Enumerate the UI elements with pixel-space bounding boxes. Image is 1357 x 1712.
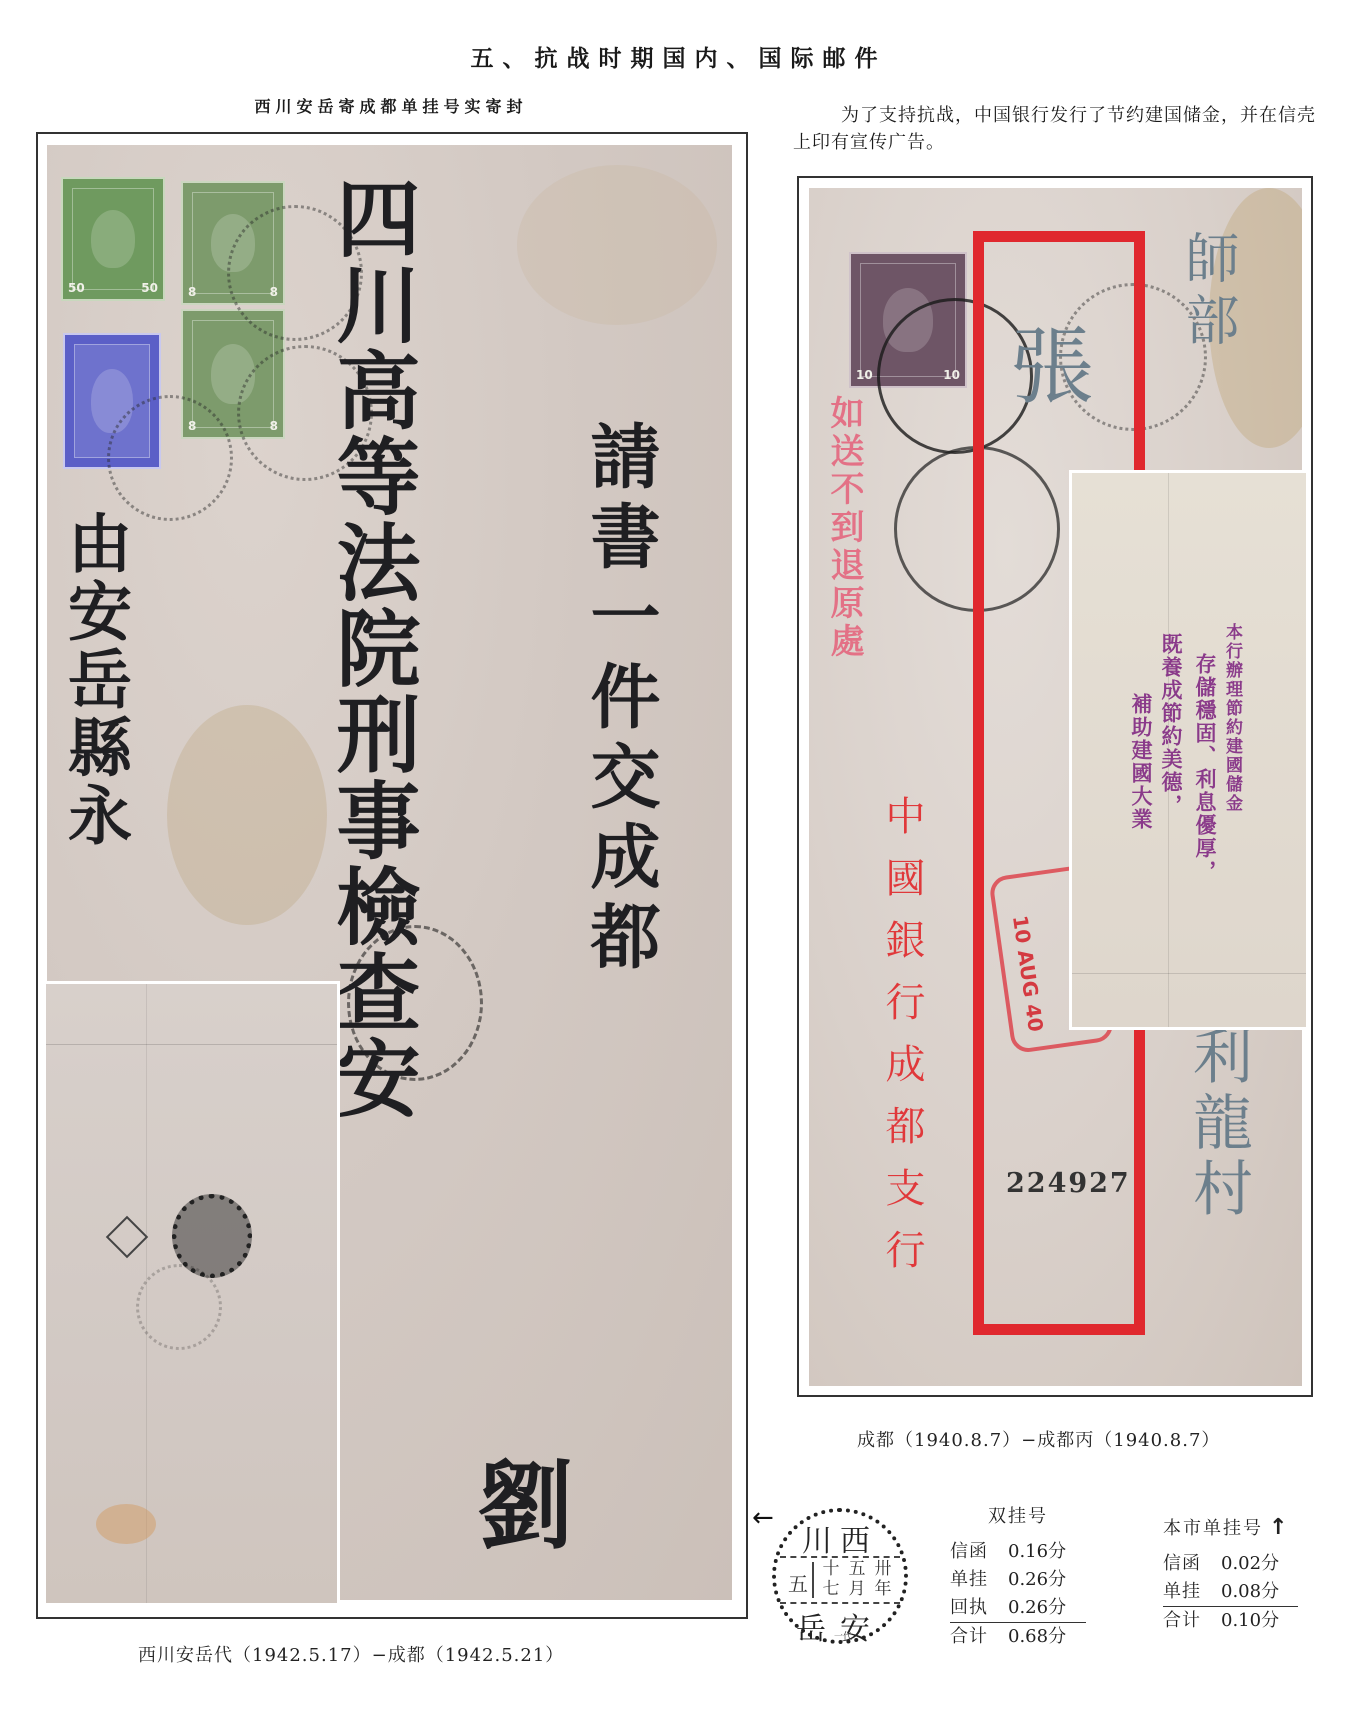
bank-imprint: 中國銀行成都支行 [874, 795, 931, 1291]
rate-table-double-registered: 双挂号 信函0.16分 单挂0.26分 回执0.26分 合计0.68分 [950, 1502, 1086, 1651]
back-text-line-3: 既養成節約美德， [1156, 633, 1186, 817]
left-exhibit-caption: 西川安岳代（1942.5.17）−成都（1942.5.21） [138, 1641, 564, 1667]
pen-text-bottom: 利龍村 [1175, 1025, 1261, 1223]
right-exhibit-intro: 为了支持抗战，中国银行发行了节约建国储金，并在信壳上印有宣传广告。 [793, 102, 1333, 156]
serial-number: 224927 [1006, 1168, 1131, 1199]
cancel-diagram-top: 川西 [776, 1516, 904, 1560]
rate-row: 单挂0.26分 [950, 1566, 1086, 1594]
rate-row: 信函0.16分 [950, 1538, 1086, 1566]
registration-mark [106, 1216, 148, 1258]
cancel-diagram-sub: 一代 [834, 1629, 852, 1642]
recipient-name: 張 [1010, 300, 1094, 421]
postmark [107, 395, 233, 521]
rate-row: 单挂0.08分 [1163, 1578, 1298, 1607]
stamp-50-green: 50 50 [61, 177, 165, 301]
left-exhibit-heading: 西川安岳寄成都单挂号实寄封 [36, 94, 746, 117]
left-envelope-back-inset [43, 981, 340, 1606]
rate-table-title: 双挂号 [950, 1502, 1086, 1528]
cancel-diagram-day: 五 [788, 1568, 808, 1597]
rate-total: 合计0.68分 [950, 1623, 1086, 1651]
forward-note: 如送不到退原處 [820, 395, 869, 661]
sender-text: 由安岳縣永 [62, 510, 126, 850]
back-text-line-2: 存儲穩固、利息優厚， [1190, 653, 1220, 883]
back-text-line-4: 補助建國大業 [1126, 693, 1156, 831]
faint-postmark [136, 1264, 222, 1350]
cancel-diagram-date: 十 五 卅 七 月 年 [818, 1559, 896, 1599]
paper-stain [517, 165, 717, 325]
address-right-text: 請書一件交成都 [585, 420, 655, 980]
arrow-up-icon: ↑ [1269, 1515, 1289, 1540]
pen-text-top: 師部 [1170, 230, 1247, 354]
arrow-left-icon: ← [752, 1503, 774, 1533]
address-main-text: 四川高等法院刑事檢查安 [330, 175, 414, 1121]
right-envelope-back-inset: 本行辦理節約建國儲金 存儲穩固、利息優厚， 既養成節約美德， 補助建國大業 [1069, 470, 1309, 1030]
cancel-diagram: 川西 五 十 五 卅 七 月 年 岳安 一代 [772, 1508, 908, 1644]
page-title: 五、抗战时期国内、国际邮件 [0, 40, 1357, 73]
rate-row: 回执0.26分 [950, 1594, 1086, 1623]
signature-text: 劉 [470, 1455, 566, 1551]
back-text-line-1: 本行辦理節約建國儲金 [1220, 623, 1245, 813]
rate-table-title: 本市单挂号 ↑ [1163, 1514, 1298, 1540]
rate-total: 合计0.10分 [1163, 1607, 1298, 1635]
rate-row: 信函0.02分 [1163, 1550, 1298, 1578]
right-exhibit-caption: 成都（1940.8.7）−成都丙（1940.8.7） [857, 1426, 1220, 1452]
paper-stain [167, 705, 327, 925]
rate-table-local-registered: 本市单挂号 ↑ 信函0.02分 单挂0.08分 合计0.10分 [1163, 1514, 1298, 1635]
